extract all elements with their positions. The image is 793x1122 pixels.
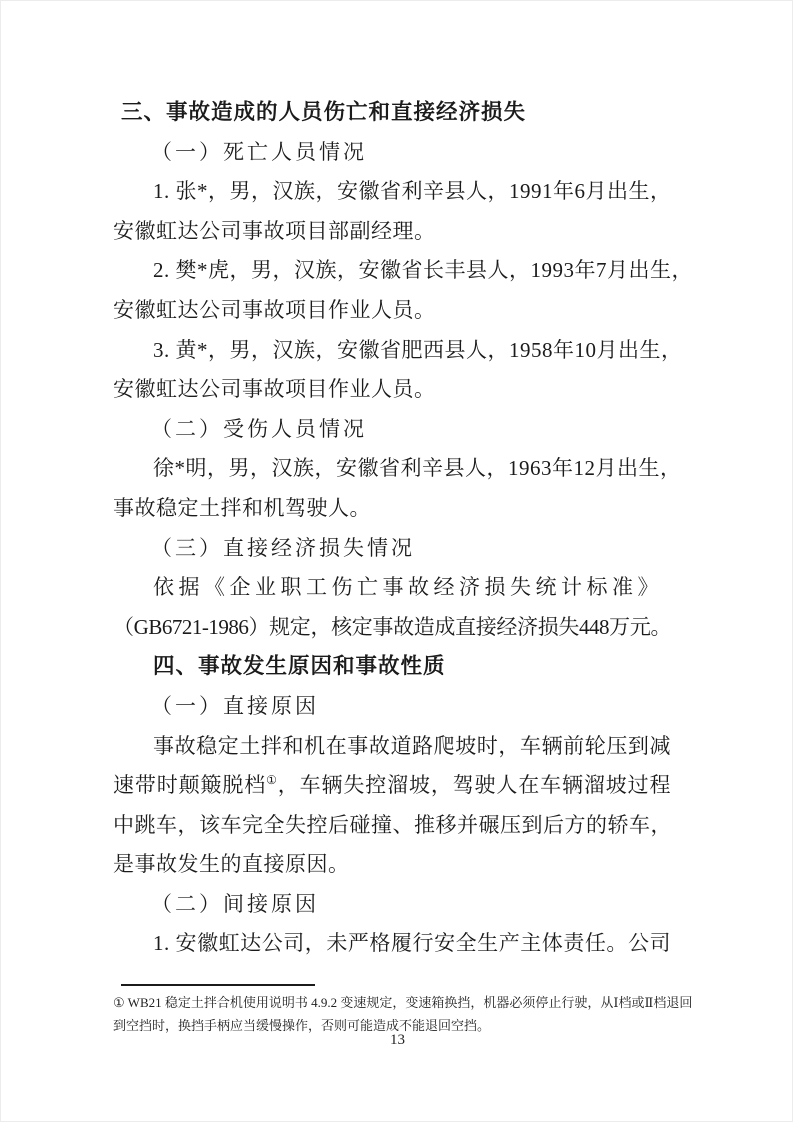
subsection-heading-2-1: （一）直接原因: [113, 687, 671, 727]
paragraph-line: 事故稳定土拌和机在事故道路爬坡时，车辆前轮压到减: [113, 727, 671, 767]
footnote-separator-rule: [121, 984, 315, 986]
paragraph-line: 安徽虹达公司事故项目作业人员。: [113, 370, 671, 410]
footnote-line: ① WB21 稳定土拌合机使用说明书 4.9.2 变速规定，变速箱换挡，机器必须…: [113, 993, 753, 1013]
paragraph-line: （GB6721-1986）规定，核定事故造成直接经济损失448万元。: [113, 608, 671, 648]
subsection-heading-1-3: （三）直接经济损失情况: [113, 529, 671, 569]
paragraph-line-with-footnote-ref: 速带时颠簸脱档①，车辆失控溜坡，驾驶人在车辆溜坡过程: [113, 766, 671, 806]
paragraph-text: ，车辆失控溜坡，驾驶人在车辆溜坡过程: [278, 773, 671, 797]
paragraph-line: 1. 张*，男，汉族，安徽省利辛县人，1991年6月出生，: [113, 172, 671, 212]
footnote-reference-marker: ①: [266, 773, 278, 787]
subsection-heading-2-2: （二）间接原因: [113, 885, 671, 925]
paragraph-line: 3. 黄*，男，汉族，安徽省肥西县人，1958年10月出生，: [113, 331, 671, 371]
document-page: 三、事故造成的人员伤亡和直接经济损失 （一）死亡人员情况 1. 张*，男，汉族，…: [0, 0, 793, 1122]
paragraph-line: 安徽虹达公司事故项目部副经理。: [113, 212, 671, 252]
paragraph-line: 2. 樊*虎，男，汉族，安徽省长丰县人，1993年7月出生，: [113, 251, 671, 291]
subsection-heading-1-2: （二）受伤人员情况: [113, 410, 671, 450]
subsection-heading-1-1: （一）死亡人员情况: [113, 133, 671, 173]
paragraph-line: 徐*明，男，汉族，安徽省利辛县人，1963年12月出生，: [113, 449, 671, 489]
paragraph-line: 中跳车，该车完全失控后碰撞、推移并碾压到后方的轿车，: [113, 806, 671, 846]
document-body: 三、事故造成的人员伤亡和直接经济损失 （一）死亡人员情况 1. 张*，男，汉族，…: [113, 93, 671, 964]
page-number: 13: [1, 1032, 793, 1049]
paragraph-line: 是事故发生的直接原因。: [113, 845, 671, 885]
citation-line: 依据《企业职工伤亡事故经济损失统计标准》: [113, 568, 671, 608]
section-heading-4: 四、事故发生原因和事故性质: [113, 647, 671, 687]
section-heading-3: 三、事故造成的人员伤亡和直接经济损失: [113, 93, 671, 133]
paragraph-line: 安徽虹达公司事故项目作业人员。: [113, 291, 671, 331]
paragraph-text: 速带时颠簸脱档: [113, 773, 266, 797]
paragraph-line: 事故稳定土拌和机驾驶人。: [113, 489, 671, 529]
paragraph-line: 1. 安徽虹达公司，未严格履行安全生产主体责任。公司: [113, 924, 671, 964]
